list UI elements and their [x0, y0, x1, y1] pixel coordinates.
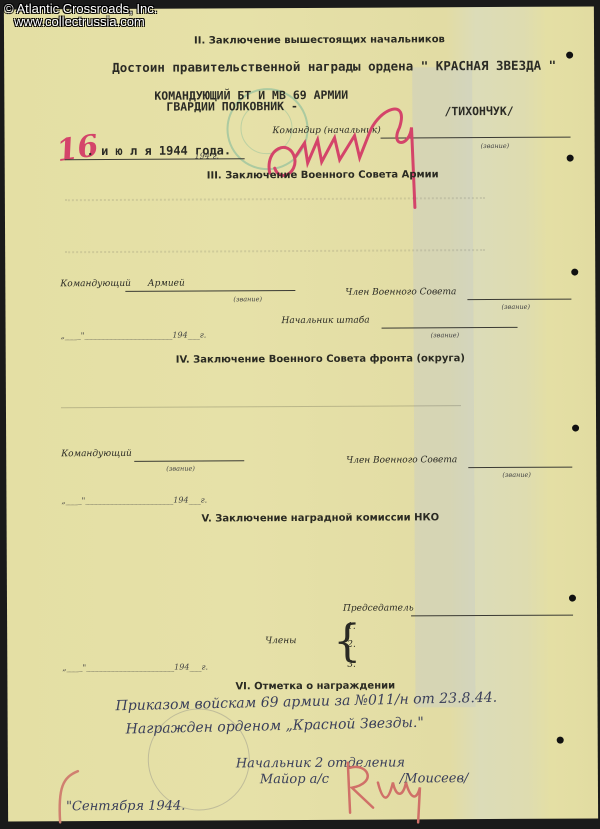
section-2-heading: II. Заключение вышестоящих начальников	[194, 34, 445, 46]
rank-caption: (звание)	[481, 142, 510, 150]
punch-hole	[572, 425, 579, 432]
award-verdict: Достоин правительственной награды ордена…	[112, 58, 556, 75]
rank-caption: (звание)	[233, 295, 262, 303]
red-signature-bottom	[338, 757, 428, 827]
watermark-url: www.collectrussia.com	[4, 15, 157, 28]
chairman-label: Председатель	[343, 603, 414, 613]
signing-date-text: "Сентября 1944.	[66, 799, 185, 815]
punch-hole	[571, 269, 578, 276]
date-prefix: „____"	[61, 331, 85, 340]
punch-hole	[557, 737, 564, 744]
award-order-handwritten: Приказом войскам 69 армии за №011/н от 2…	[115, 690, 497, 715]
member-2: 2.	[347, 640, 356, 650]
army-council-member-line	[467, 299, 571, 301]
rank-caption: (звание)	[431, 331, 460, 339]
front-commander-line	[134, 460, 244, 462]
army-commander-line	[125, 290, 295, 292]
section-4-heading: IV. Заключение Военного Совета фронта (о…	[176, 353, 465, 366]
copyright-watermark: © Atlantic Crossroads, Inc. www.collectr…	[4, 2, 157, 28]
date-suffix: г.	[200, 330, 207, 339]
section-6-heading: VI. Отметка о награждении	[235, 681, 395, 693]
signing-date-handwritten: "Сентября 1944.	[66, 799, 185, 815]
army-commander-label-text: Командующий	[60, 279, 131, 289]
chief-of-staff-label: Начальник штаба	[281, 316, 369, 326]
rank-caption: (звание)	[166, 465, 195, 473]
red-mark-bottom-left	[48, 767, 88, 827]
date-year: 194	[174, 663, 189, 672]
members-label: Члены	[265, 636, 296, 646]
date-year: 194	[195, 151, 210, 160]
bleed-through-text	[65, 197, 485, 253]
section-3-heading: III. Заключение Военного Совета Армии	[207, 169, 439, 181]
date-year: 194	[173, 496, 188, 505]
member-3: 3.	[347, 660, 356, 670]
army-council-member-label: Член Военного Совета	[345, 287, 456, 298]
front-council-member-line	[468, 467, 572, 469]
date-year-form: 194 г.	[195, 151, 219, 160]
date-suffix: г.	[212, 151, 219, 160]
signer-rank-handwritten: Майор а/с	[260, 772, 329, 787]
front-council-member-label: Член Военного Совета	[346, 455, 457, 466]
award-sheet-page: II. Заключение вышестоящих начальников Д…	[4, 6, 598, 821]
rank-caption: (звание)	[502, 471, 531, 479]
date-suffix: г.	[201, 495, 208, 504]
punch-hole	[566, 52, 573, 59]
member-1: 1.	[347, 622, 356, 632]
punch-hole	[567, 155, 574, 162]
army-commander-label: Командующий Армией	[60, 279, 184, 290]
punch-hole	[569, 595, 576, 602]
rank-caption: (звание)	[501, 303, 530, 311]
date-prefix: „____"	[61, 496, 85, 505]
date-prefix: „____"	[62, 663, 86, 672]
date-suffix: г.	[201, 662, 208, 671]
chairman-line	[411, 615, 573, 617]
faded-divider	[61, 405, 461, 408]
commander-name: /ТИХОНЧУК/	[444, 104, 513, 118]
army-commander-label-sub: Армией	[148, 279, 185, 289]
front-commander-label: Командующий	[61, 449, 132, 459]
section-5-heading: V. Заключение наградной комиссии НКО	[202, 512, 440, 524]
date-year: 194	[172, 331, 187, 340]
commission-date: „____"______________________194___г.	[62, 662, 208, 672]
front-date: „____"______________________194___г.	[61, 495, 207, 505]
army-date: „____"______________________194___г.	[61, 330, 207, 340]
